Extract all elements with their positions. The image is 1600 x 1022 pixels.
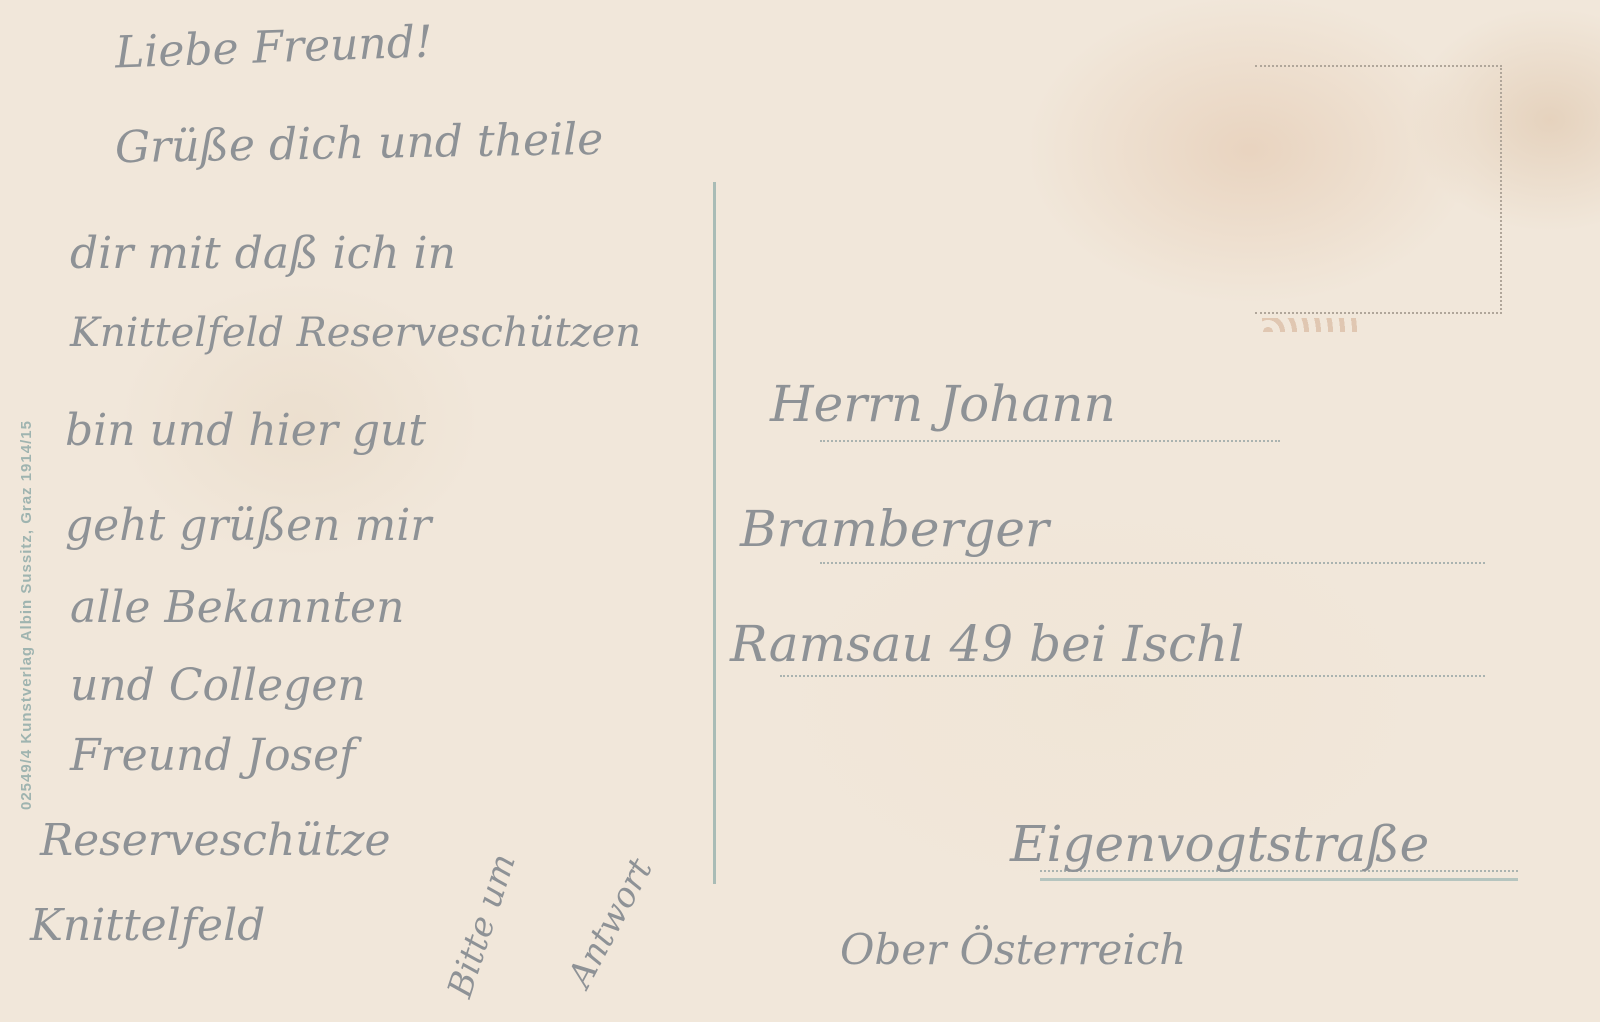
message-line: Reserveschütze [40,815,391,866]
message-line: bin und hier gut [65,405,426,456]
center-divider [713,182,716,884]
recipient-region: Ober Österreich [840,925,1186,974]
address-underline [1040,878,1518,881]
margin-note: Antwort [560,852,661,994]
recipient-name: Herrn Johann [770,375,1116,433]
stamp-remnant [1262,318,1357,332]
publisher-imprint: 02549/4 Kunstverlag Albin Sussitz, Graz … [18,420,35,810]
message-line: dir mit daß ich in [70,228,456,279]
message-line: geht grüßen mir [65,500,431,551]
postcard-back: 02549/4 Kunstverlag Albin Sussitz, Graz … [0,0,1600,1022]
recipient-street: Eigenvogtstraße [1010,815,1429,873]
message-line: alle Bekannten [70,582,404,633]
recipient-surname: Bramberger [740,500,1049,558]
message-line: Grüße dich und theile [115,114,604,174]
address-line-3 [780,675,1485,677]
message-line: Freund Josef [70,730,355,781]
margin-note: Bitte um [440,849,524,1002]
stamp-box [1255,65,1502,314]
recipient-town: Ramsau 49 bei Ischl [730,615,1244,673]
message-line: Liebe Freund! [114,16,433,78]
message-line: Knittelfeld [30,900,265,951]
message-line: und Collegen [70,660,366,711]
address-line-2 [820,562,1485,564]
message-line: Knittelfeld Reserveschützen [70,310,641,356]
address-line-1 [820,440,1280,442]
